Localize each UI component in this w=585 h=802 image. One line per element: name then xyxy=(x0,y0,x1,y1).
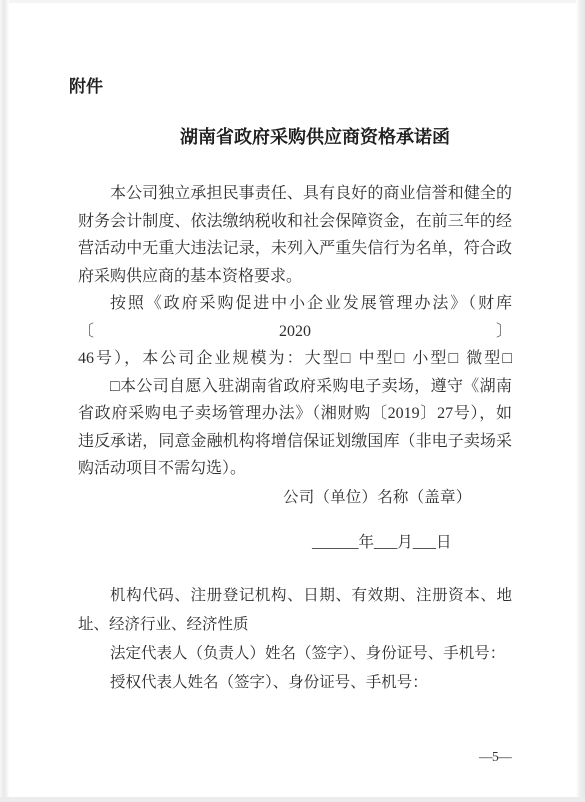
body-text-block: 本公司独立承担民事责任、具有良好的商业信誉和健全的 财务会计制度、依法缴纳税收和… xyxy=(78,180,512,483)
document-title: 湖南省政府采购供应商资格承诺函 xyxy=(78,123,512,149)
note-line-2: 址、经济行业、经济性质 xyxy=(78,610,512,639)
body-line-7-emall-checkbox: □本公司自愿入驻湖南省政府采购电子卖场，遵守《湖南 xyxy=(78,373,512,401)
body-line-5: 按照《政府采购促进中小企业发展管理办法》（财库〔2020〕 xyxy=(78,290,512,345)
body-line-2: 财务会计制度、依法缴纳税收和社会保障资金，在前三年的经 xyxy=(78,208,512,236)
scanned-document-page: 附件 湖南省政府采购供应商资格承诺函 本公司独立承担民事责任、具有良好的商业信誉… xyxy=(0,0,585,802)
body-line-4: 府采购供应商的基本资格要求。 xyxy=(78,263,512,291)
note-line-1: 机构代码、注册登记机构、日期、有效期、注册资本、地 xyxy=(78,581,512,610)
notes-block: 机构代码、注册登记机构、日期、有效期、注册资本、地 址、经济行业、经济性质 法定… xyxy=(78,581,512,697)
scan-edge-right xyxy=(576,0,585,802)
scan-edge-top xyxy=(0,0,585,3)
body-line-8: 省政府采购电子卖场管理办法》（湘财购〔2019〕27号），如 xyxy=(78,400,512,428)
date-fill-in-line: ______年___月___日 xyxy=(312,530,452,552)
body-line-6-enterprise-scale-checkboxes: 46号），本公司企业规模为：大型□ 中型□ 小型□ 微型□ xyxy=(78,345,512,373)
body-line-9: 违反承诺，同意金融机构将增信保证划缴国库（非电子卖场采 xyxy=(78,428,512,456)
company-name-seal-line: 公司（单位）名称（盖章） xyxy=(283,485,471,507)
body-line-3: 营活动中无重大违法记录，未列入严重失信行为名单，符合政 xyxy=(78,235,512,263)
body-line-10: 购活动项目不需勾选）。 xyxy=(78,455,512,483)
body-line-1: 本公司独立承担民事责任、具有良好的商业信誉和健全的 xyxy=(78,180,512,208)
scan-edge-bottom xyxy=(0,797,585,802)
note-line-4: 授权代表人姓名（签字）、身份证号、手机号： xyxy=(78,668,512,697)
note-line-3: 法定代表人（负责人）姓名（签字）、身份证号、手机号： xyxy=(78,639,512,668)
attachment-label: 附件 xyxy=(69,72,103,97)
page-number: —5— xyxy=(479,749,511,765)
scan-edge-left xyxy=(0,0,9,802)
